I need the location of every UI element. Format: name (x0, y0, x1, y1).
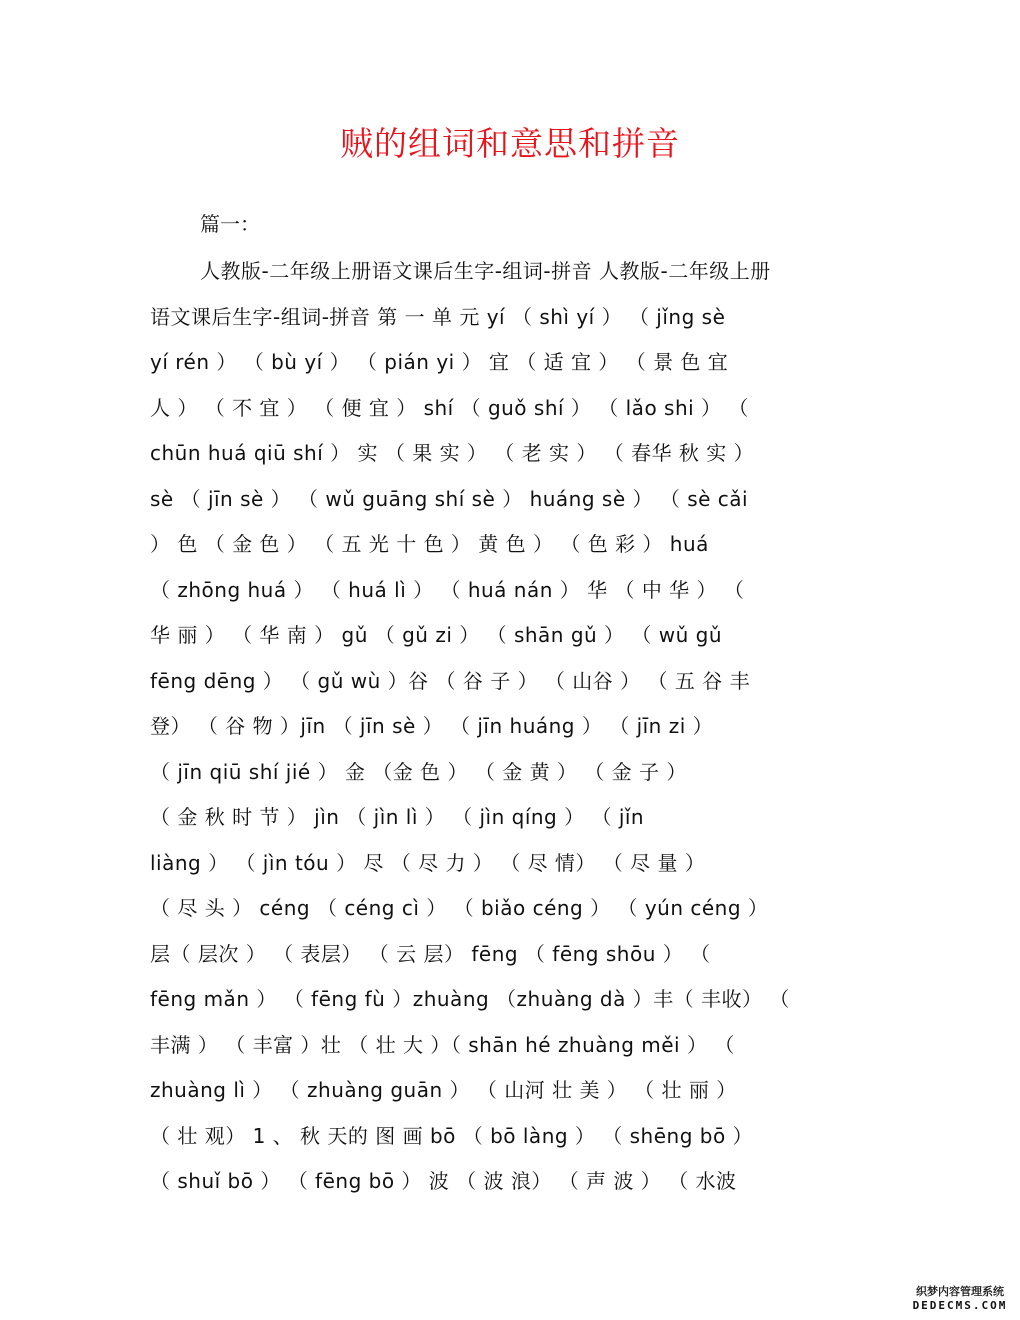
body-line: 华 丽 ） （ 华 南 ） gǔ （ gǔ zi ） （ shān gǔ ） （… (150, 619, 862, 648)
body-line: liàng ） （ jìn tóu ） 尽 （ 尽 力 ） （ 尽 情） （ 尽… (150, 847, 862, 876)
body-line: 层（ 层次 ） （ 表层） （ 云 层） fēng （ fēng shōu ） … (150, 938, 862, 967)
body-line: sè （ jīn sè ） （ wǔ guāng shí sè ） huáng … (150, 483, 862, 512)
body-line: （ 金 秋 时 节 ） jìn （ jìn lì ） （ jìn qíng ） … (150, 801, 862, 830)
body-line: （ zhōng huá ） （ huá lì ） （ huá nán ） 华 （… (150, 574, 862, 603)
body-line: 登） （ 谷 物 ）jīn （ jīn sè ） （ jīn huáng ） （… (150, 710, 862, 739)
watermark-cn: 织梦内容管理系统 (905, 1283, 1015, 1299)
body-line: fēng dēng ） （ gǔ wù ）谷 （ 谷 子 ） （ 山谷 ） （ … (150, 665, 862, 694)
body-line: （ 尽 头 ） céng （ céng cì ） （ biǎo céng ） （… (150, 892, 862, 921)
body-line: ） 色 （ 金 色 ） （ 五 光 十 色 ） 黄 色 ） （ 色 彩 ） hu… (150, 528, 862, 557)
body-line: zhuàng lì ） （ zhuàng guān ） （ 山河 壮 美 ） （… (150, 1074, 862, 1103)
watermark-logo: 织梦内容管理系统 DEDECMS.COM (905, 1283, 1015, 1312)
body-line: 人 ） （ 不 宜 ） （ 便 宜 ） shí （ guǒ shí ） （ lǎ… (150, 392, 862, 421)
body-line: （ shuǐ bō ） （ fēng bō ） 波 （ 波 浪） （ 声 波 ）… (150, 1165, 862, 1194)
body-line: （ 壮 观） 1 、 秋 天的 图 画 bō （ bō làng ） （ shē… (150, 1120, 862, 1149)
body-line: （ jīn qiū shí jié ） 金 （金 色 ） （ 金 黄 ） （ 金… (150, 756, 862, 785)
body-line: 语文课后生字-组词-拼音 第 一 单 元 yí （ shì yí ） （ jǐn… (150, 301, 862, 330)
body-line: 人教版-二年级上册语文课后生字-组词-拼音 人教版-二年级上册 (200, 255, 865, 284)
body-line: fēng mǎn ） （ fēng fù ）zhuàng （zhuàng dà … (150, 983, 862, 1012)
body-line: yí rén ） （ bù yí ） （ pián yi ） 宜 （ 适 宜 ）… (150, 346, 862, 375)
document-title: 贼的组词和意思和拼音 (0, 118, 1020, 165)
watermark-en: DEDECMS.COM (905, 1299, 1015, 1312)
body-line: 丰满 ） （ 丰富 ）壮 （ 壮 大 ）（ shān hé zhuàng měi… (150, 1029, 862, 1058)
section-label: 篇一： (200, 208, 260, 237)
body-line: chūn huá qiū shí ） 实 （ 果 实 ） （ 老 实 ） （ 春… (150, 437, 862, 466)
